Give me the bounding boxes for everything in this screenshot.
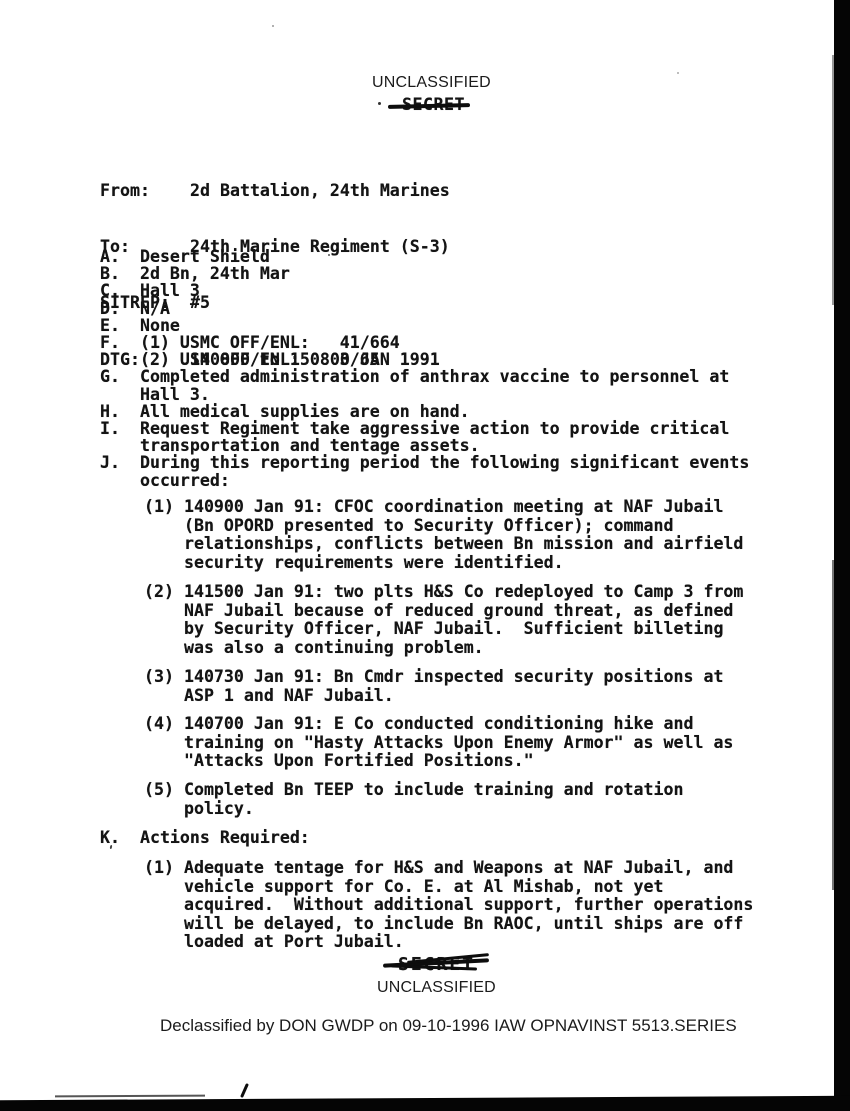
scan-edge-bottom <box>0 1096 850 1111</box>
ink-speck-icon <box>110 845 113 849</box>
lettered-items: A. Desert Shield B. 2d Bn, 24th Mar C. H… <box>100 248 749 489</box>
j-subitem-1: (1) 140900 Jan 91: CFOC coordination mee… <box>144 498 743 572</box>
k-subitem-1: (1) Adequate tentage for H&S and Weapons… <box>144 859 753 952</box>
scan-edge-shadow <box>832 55 834 305</box>
top-classification-label: UNCLASSIFIED <box>372 74 491 92</box>
header-field-from: From:2d Battalion, 24th Marines <box>100 182 450 200</box>
handwritten-mark-icon <box>240 1083 249 1098</box>
field-label: From: <box>100 182 190 200</box>
document-page: UNCLASSIFIED SECRET From:2d Battalion, 2… <box>0 0 850 1111</box>
j-subitem-3: (3) 140730 Jan 91: Bn Cmdr inspected sec… <box>144 668 723 705</box>
ink-speck-icon <box>272 25 274 27</box>
ink-dot-icon <box>378 102 381 105</box>
j-subitem-2: (2) 141500 Jan 91: two plts H&S Co redep… <box>144 583 743 657</box>
scan-edge-right <box>834 0 850 1111</box>
scan-edge-shadow <box>832 560 834 890</box>
declassification-note: Declassified by DON GWDP on 09-10-1996 I… <box>160 1016 737 1036</box>
field-value: 2d Battalion, 24th Marines <box>190 181 450 200</box>
scan-edge-shadow <box>55 1095 205 1098</box>
j-subitem-4: (4) 140700 Jan 91: E Co conducted condit… <box>144 715 733 771</box>
k-heading: K. Actions Required: <box>100 829 310 848</box>
ink-speck-icon <box>328 254 330 256</box>
j-subitem-5: (5) Completed Bn TEEP to include trainin… <box>144 781 683 818</box>
bottom-classification-label: UNCLASSIFIED <box>377 979 496 997</box>
ink-speck-icon <box>677 72 679 74</box>
